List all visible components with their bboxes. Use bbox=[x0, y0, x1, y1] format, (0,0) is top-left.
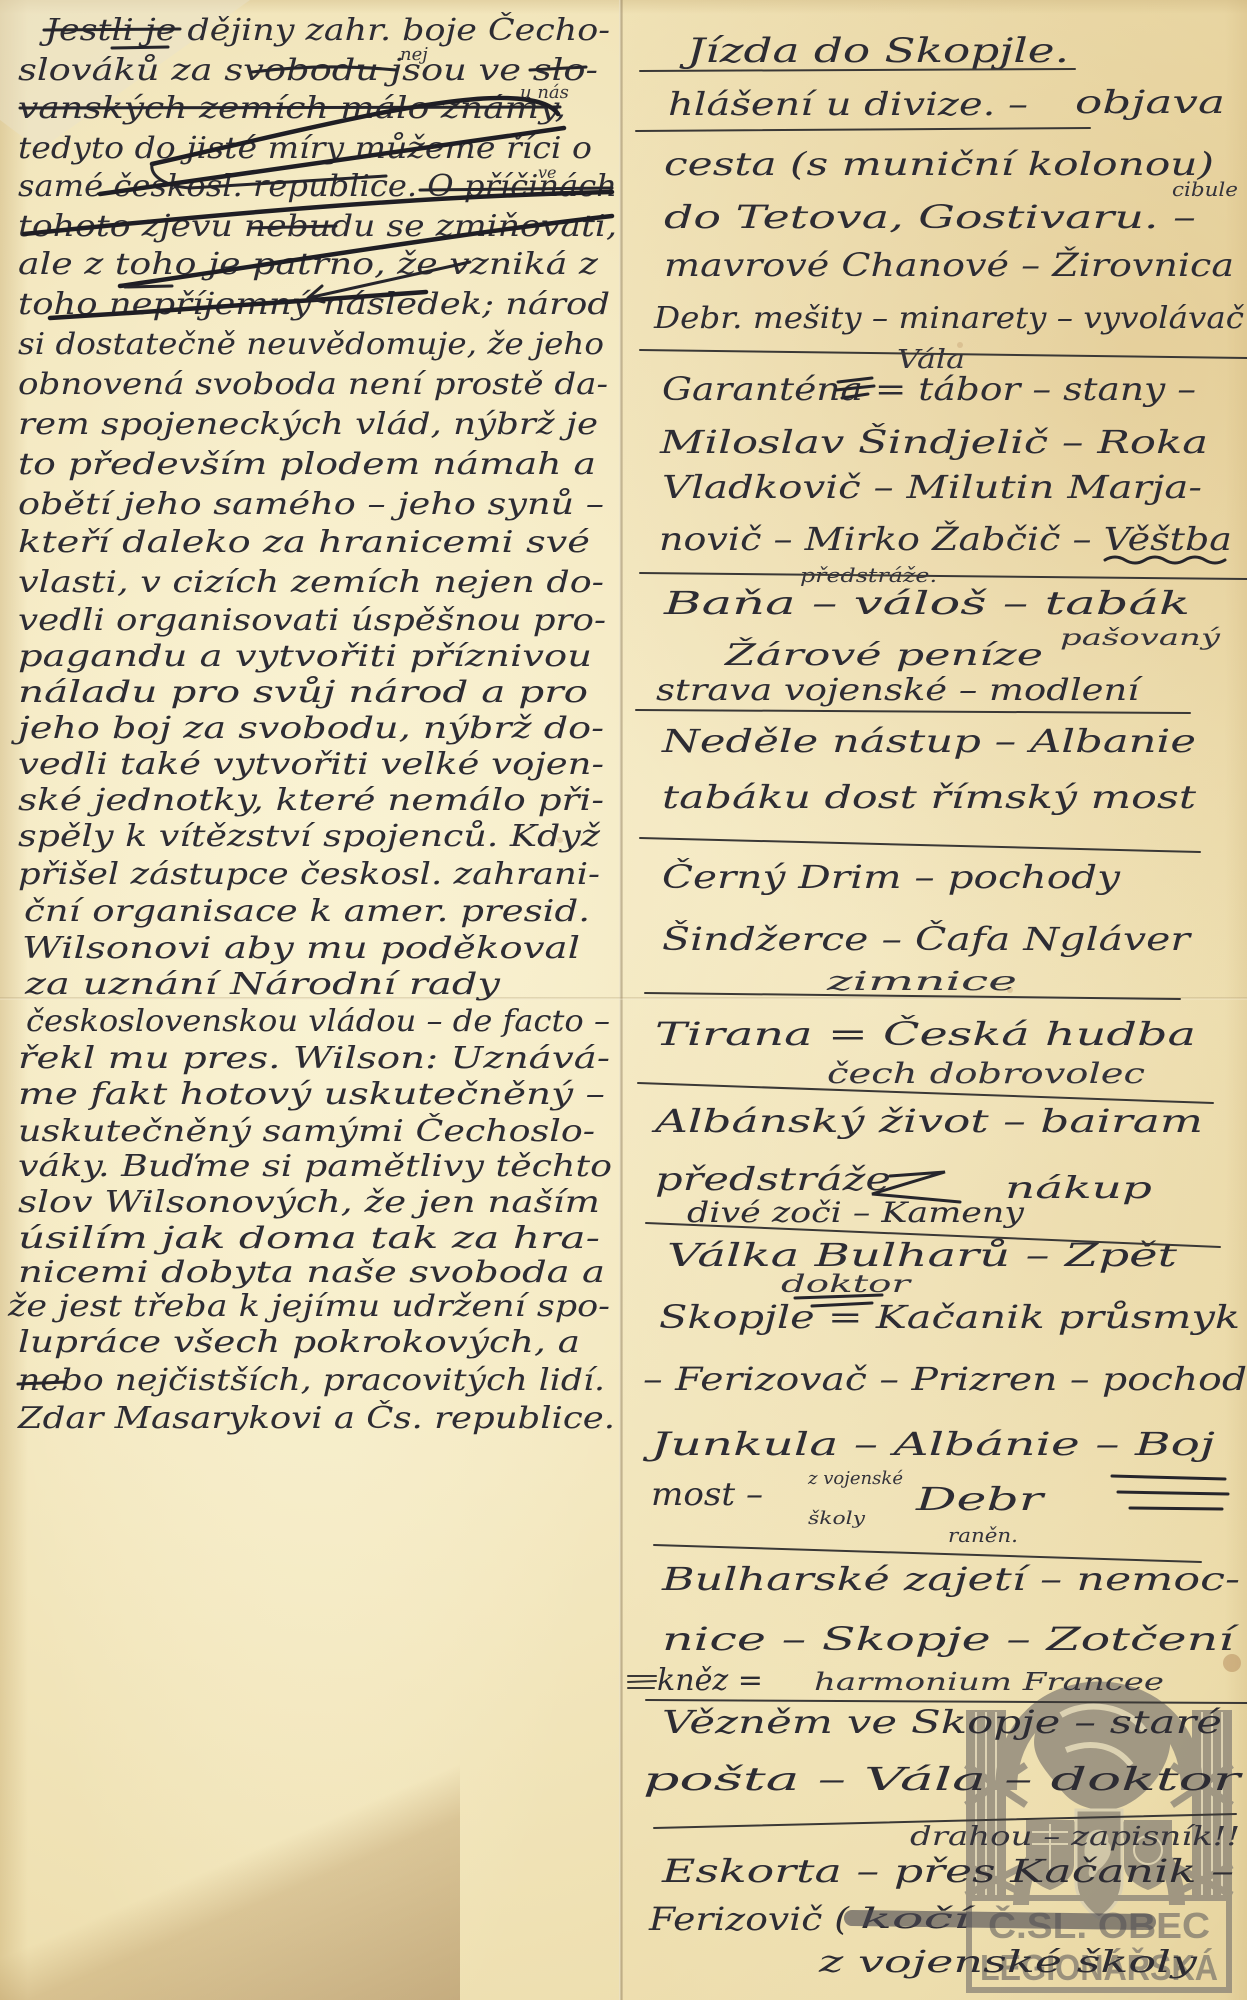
left-line: nicemi dobyta naše svoboda a bbox=[18, 1255, 605, 1290]
left-line: obětí jeho samého – jeho synů – bbox=[18, 487, 604, 522]
right-note: z vojenské bbox=[807, 1468, 903, 1489]
right-line: Debr. mešity – minarety – vyvolávač bbox=[653, 301, 1244, 336]
right-note: harmonium Francee bbox=[814, 1668, 1164, 1696]
right-page-title: Jízda do Skopjle. bbox=[679, 31, 1069, 71]
right-note: doktor bbox=[781, 1270, 912, 1298]
right-line: pošta – Vála – doktor bbox=[643, 1760, 1243, 1798]
right-line: Baňa – váloš – tabák bbox=[662, 584, 1190, 622]
left-line: přišel zástupce českosl. zahrani- bbox=[18, 857, 600, 892]
right-line: Eskorta – přes Kačanik – bbox=[661, 1852, 1234, 1890]
left-line: me fakt hotový uskutečněný – bbox=[18, 1077, 605, 1112]
left-line: lupráce všech pokrokových, a bbox=[18, 1325, 580, 1360]
left-line: jeho boj za svobodu, nýbrž do- bbox=[10, 711, 604, 746]
right-line: Bulharské zajetí – nemoc- bbox=[661, 1560, 1240, 1598]
manuscript-scan: Č.SL. OBEC LEGIONÁŘSKÁ Jestli je dějiny … bbox=[0, 0, 1247, 2000]
right-note: čech dobrovolec bbox=[827, 1057, 1145, 1090]
right-line: novič – Mirko Žabčič – Věštba bbox=[659, 520, 1232, 558]
left-insertion: ve bbox=[538, 163, 557, 182]
ink-layer: Č.SL. OBEC LEGIONÁŘSKÁ Jestli je dějiny … bbox=[0, 0, 1247, 2000]
right-note: drahou – zapisník!! bbox=[910, 1822, 1240, 1852]
ink-smear bbox=[852, 1918, 1148, 1922]
right-line: mavrové Chanové – Žirovnica bbox=[664, 246, 1234, 284]
right-line: Junkula – Albánie – Boj bbox=[642, 1425, 1215, 1463]
right-line: do Tetova, Gostivaru. – bbox=[664, 198, 1196, 236]
left-insertion: nej bbox=[400, 44, 428, 65]
left-line: vedli také vytvořiti velké vojen- bbox=[18, 747, 604, 782]
right-line: cesta (s muniční kolonou) bbox=[664, 145, 1214, 183]
right-line: Miloslav Šindjelič – Roka bbox=[659, 423, 1208, 461]
right-line: Garanténa = tábor – stany – bbox=[662, 370, 1196, 408]
right-line: předstráže bbox=[655, 1160, 891, 1198]
left-line: vedli organisovati úspěšnou pro- bbox=[18, 603, 606, 638]
left-line: obnovená svoboda není prostě da- bbox=[18, 367, 608, 402]
right-line: z vojenské školy bbox=[817, 1945, 1198, 1980]
right-line: Neděle nástup – Albanie bbox=[661, 722, 1196, 760]
left-line: ční organisace k amer. presid. bbox=[24, 894, 590, 929]
left-line: váky. Buďme si pamětlivy těchto bbox=[18, 1149, 612, 1184]
right-page-text: Jízda do Skopjle. hlášení u divize. – ob… bbox=[642, 31, 1247, 1980]
left-line: slováků za svobodu jsou ve slo- bbox=[18, 53, 598, 88]
right-line: Albánský život – bairam bbox=[651, 1102, 1203, 1140]
left-line: náladu pro svůj národ a pro bbox=[18, 675, 588, 710]
left-line: si dostatečně neuvědomuje, že jeho bbox=[18, 327, 604, 362]
left-line: kteří daleko za hranicemi své bbox=[18, 525, 590, 560]
right-line: strava vojenské – modlení bbox=[656, 673, 1143, 708]
right-line: Tirana = Česká hudba bbox=[655, 1015, 1196, 1053]
right-line: Vladkovič – Milutin Marja- bbox=[662, 468, 1202, 506]
right-note: zimnice bbox=[825, 967, 1017, 997]
right-line: tabáku dost římský most bbox=[662, 778, 1196, 816]
left-line: řekl mu pres. Wilson: Uznává- bbox=[18, 1041, 610, 1076]
right-note: raněn. bbox=[948, 1523, 1018, 1547]
right-line: Žárové peníze bbox=[724, 637, 1043, 673]
left-line: rem spojeneckých vlád, nýbrž je bbox=[18, 407, 598, 442]
right-line: hlášení u divize. – bbox=[668, 85, 1028, 123]
right-note: školy bbox=[808, 1508, 866, 1529]
right-line: Černý Drim – pochody bbox=[662, 858, 1121, 896]
left-line: to především plodem námah a bbox=[18, 447, 596, 482]
right-line: Skopjle = Kačanik průsmyk bbox=[659, 1298, 1240, 1336]
right-line: Šindžerce – Čafa Ngláver bbox=[662, 920, 1192, 958]
left-line: ale z toho je patrno, že vzniká z bbox=[18, 247, 598, 282]
left-line: Zdar Masarykovi a Čs. republice. bbox=[17, 1400, 615, 1436]
left-line: za uznání Národní rady bbox=[24, 967, 502, 1002]
left-line: nebo nejčistších, pracovitých lidí. bbox=[18, 1363, 605, 1398]
left-line: pagandu a vytvořiti příznivou bbox=[18, 639, 592, 674]
right-line: objava bbox=[1075, 83, 1225, 121]
right-note: pašovaný bbox=[1060, 626, 1221, 651]
right-line: most – bbox=[651, 1475, 763, 1513]
left-line: vlasti, v cizích zemích nejen do- bbox=[18, 565, 604, 600]
right-line: Debr bbox=[914, 1480, 1045, 1518]
right-line: nákup bbox=[1005, 1171, 1152, 1206]
right-line: divé zoči – Kameny bbox=[687, 1196, 1025, 1229]
right-line: nice – Skopje – Zotčení bbox=[662, 1620, 1240, 1658]
left-line: Wilsonovi aby mu poděkoval bbox=[22, 931, 580, 966]
left-line: ské jednotky, které nemálo při- bbox=[18, 783, 604, 818]
left-line: spěly k vítězství spojenců. Když bbox=[18, 819, 600, 854]
left-line: že jest třeba k jejímu udržení spo- bbox=[7, 1289, 610, 1324]
left-line: slov Wilsonových, že jen naším bbox=[18, 1185, 600, 1220]
left-line: úsilím jak doma tak za hra- bbox=[18, 1221, 600, 1256]
right-line: Ferizovič ( bbox=[648, 1900, 851, 1938]
right-line: kněz = bbox=[657, 1663, 763, 1698]
right-line: – Ferizovač – Prizren – pochod bbox=[643, 1360, 1247, 1398]
left-line: samé českosl. republice. O příčinách bbox=[18, 169, 617, 204]
right-line: Vězněm ve Skopje – staré bbox=[662, 1703, 1222, 1741]
left-line: československou vládou – de facto – bbox=[26, 1004, 610, 1039]
left-line: uskutečněný samými Čechoslo- bbox=[18, 1113, 595, 1149]
